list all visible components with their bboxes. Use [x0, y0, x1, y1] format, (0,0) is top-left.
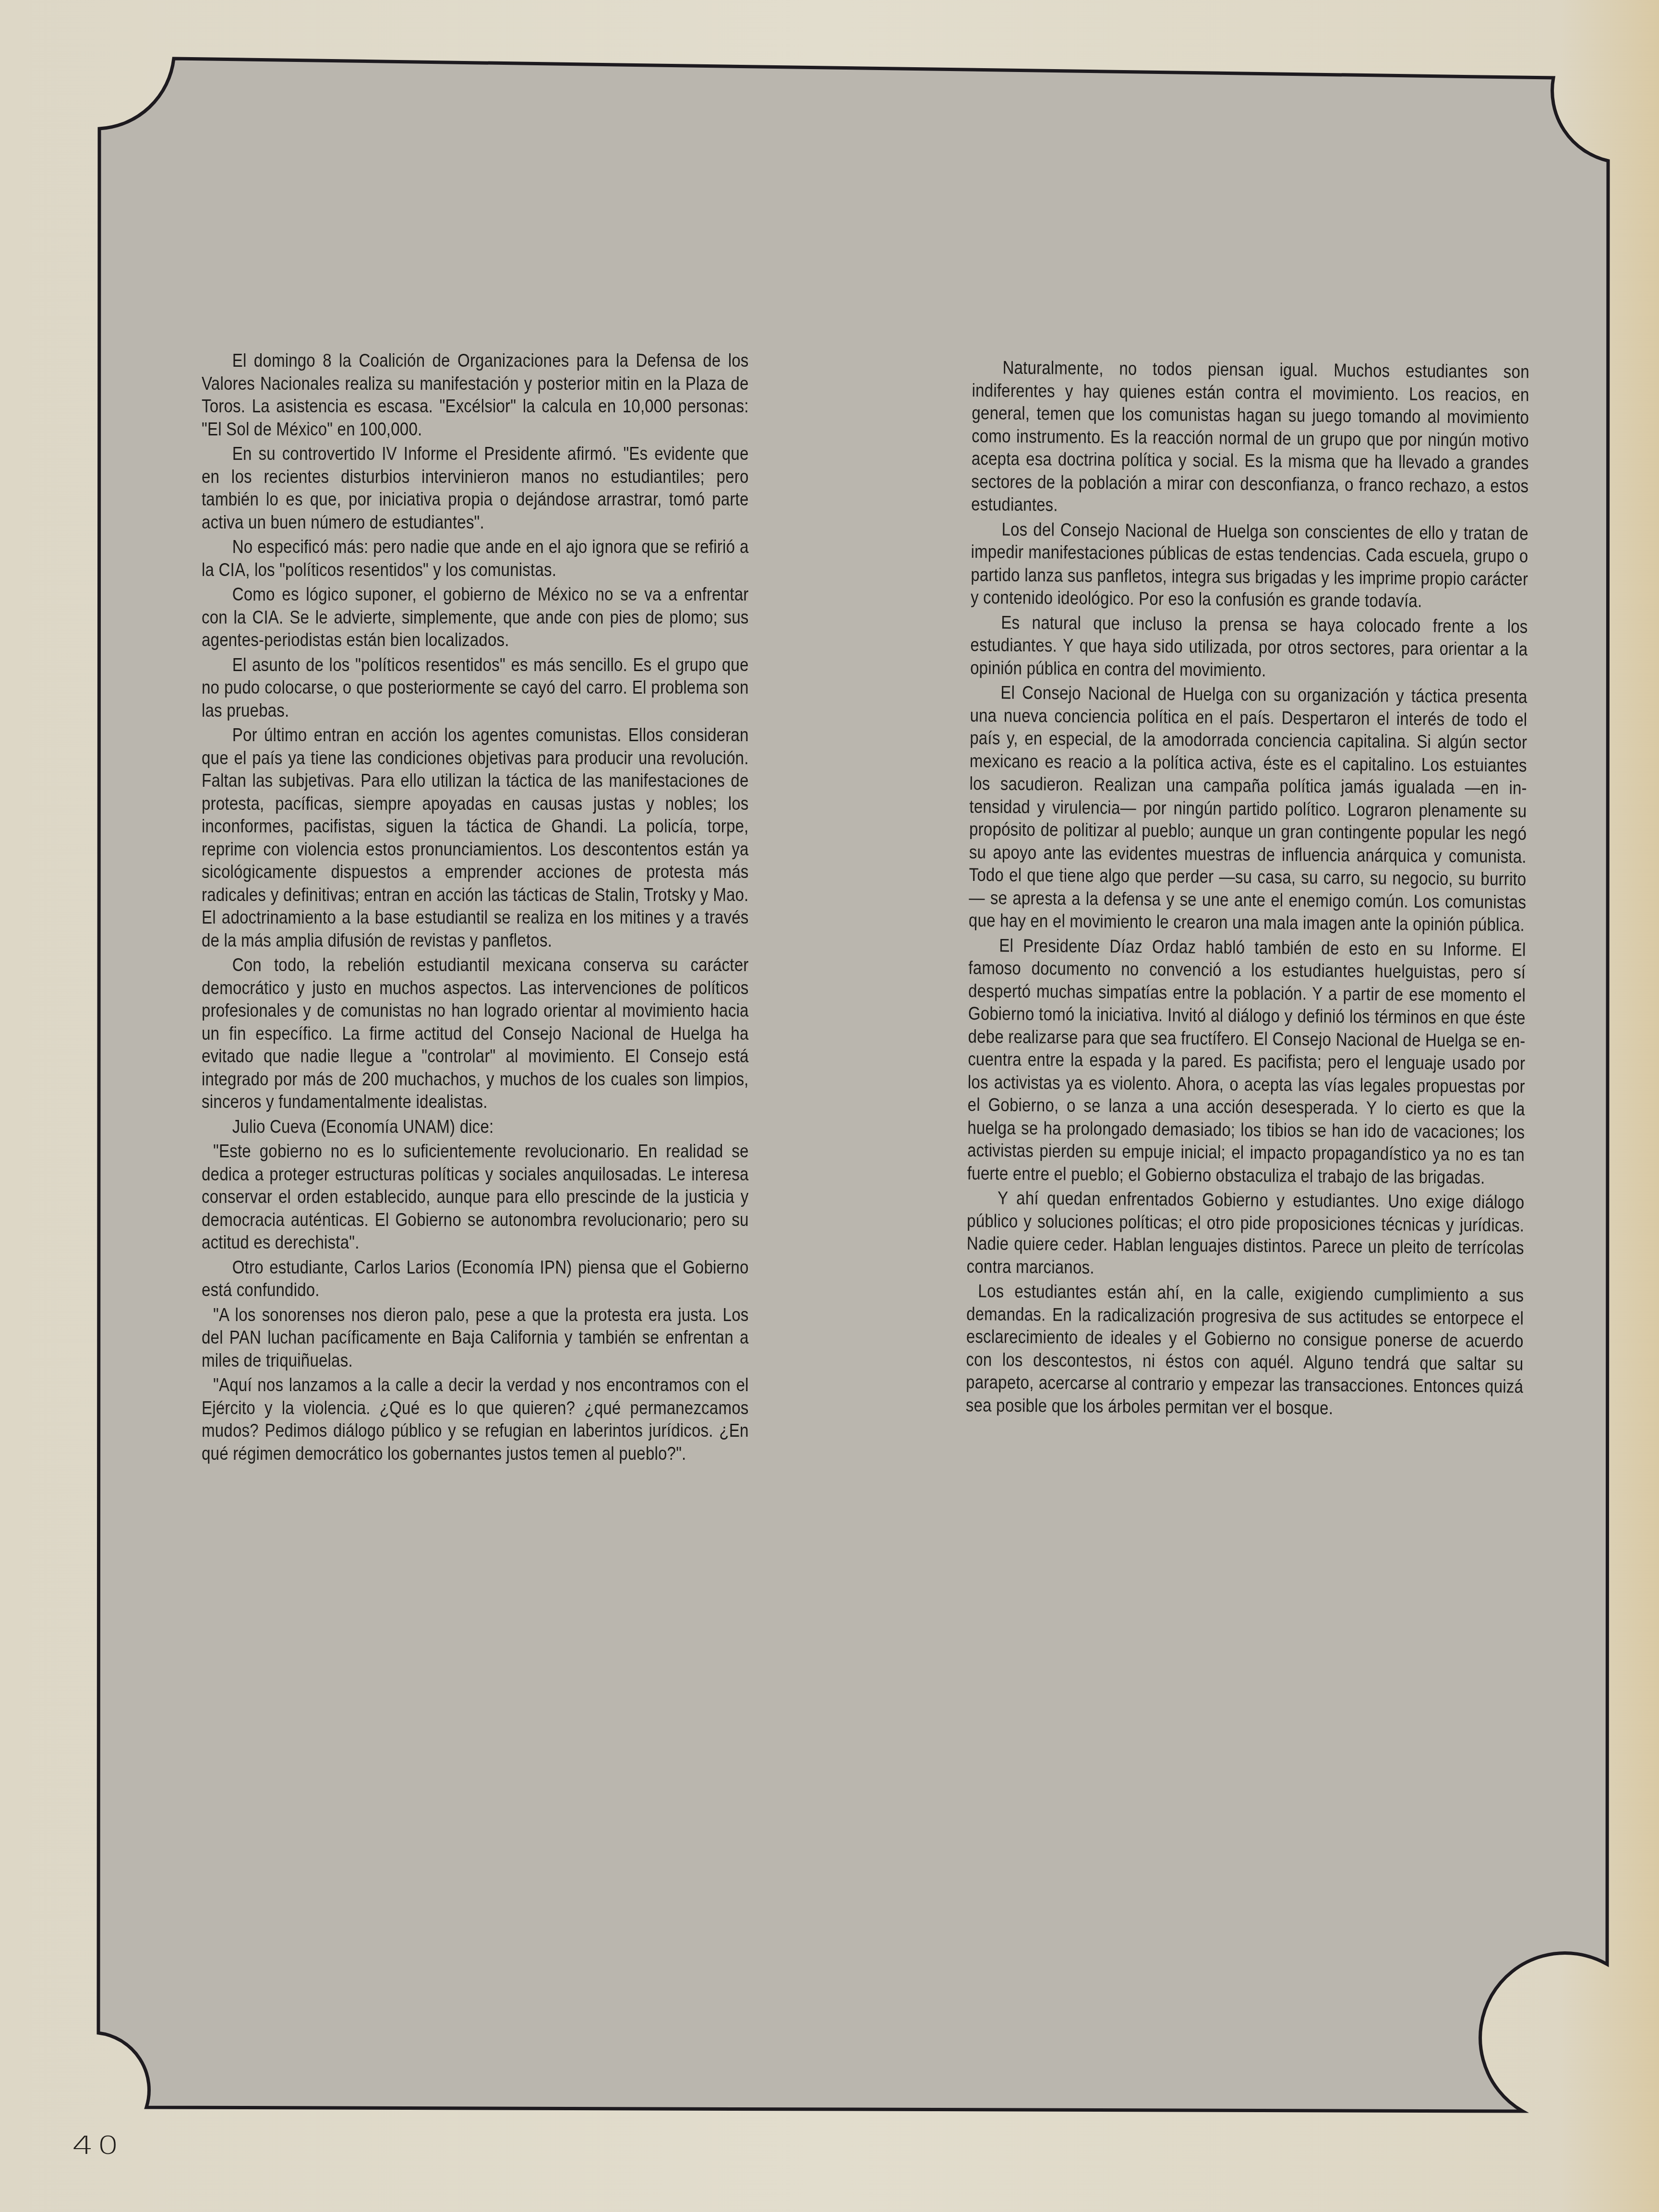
quote-paragraph: "Aquí nos lanzamos a la calle a decir la…	[202, 1374, 749, 1465]
paragraph: Naturalmente, no todos piensan igual. Mu…	[971, 356, 1529, 520]
paragraph: El Consejo Nacional de Huelga con su org…	[969, 681, 1527, 937]
page-number: 40	[72, 2131, 123, 2160]
paragraph: Otro estudiante, Carlos Larios (Economía…	[202, 1256, 749, 1302]
paragraph: Por último entran en acción los agentes …	[202, 724, 749, 952]
paragraph: Con todo, la rebelión estudiantil mexica…	[202, 954, 749, 1114]
paragraph: No especificó más: pero nadie que ande e…	[202, 536, 749, 581]
paragraph: El domingo 8 la Coalición de Organizacio…	[202, 349, 749, 441]
paragraph: Los del Consejo Nacional de Huelga son c…	[971, 517, 1528, 613]
paragraph: Es natural que incluso la prensa se haya…	[970, 611, 1528, 684]
paragraph: Como es lógico suponer, el gobierno de M…	[202, 583, 749, 652]
article-right-column: Naturalmente, no todos piensan igual. Mu…	[966, 356, 1529, 1423]
article-left-column: El domingo 8 la Coalición de Organizacio…	[202, 349, 749, 1467]
paragraph: Los estudiantes están ahí, en la calle, …	[966, 1280, 1524, 1421]
paragraph: El asunto de los "políticos resentidos" …	[202, 654, 749, 722]
paragraph: En su controvertido IV Informe el Presid…	[202, 443, 749, 534]
paragraph: El Presidente Díaz Ordaz habló también d…	[967, 934, 1526, 1189]
quote-paragraph: "Este gobierno no es lo suficientemente …	[202, 1140, 749, 1254]
paragraph: Julio Cueva (Economía UNAM) dice:	[202, 1116, 749, 1139]
paragraph: Y ahí quedan enfrentados Gobierno y estu…	[966, 1187, 1524, 1282]
quote-paragraph: "A los sonorenses nos dieron palo, pese …	[202, 1304, 749, 1372]
